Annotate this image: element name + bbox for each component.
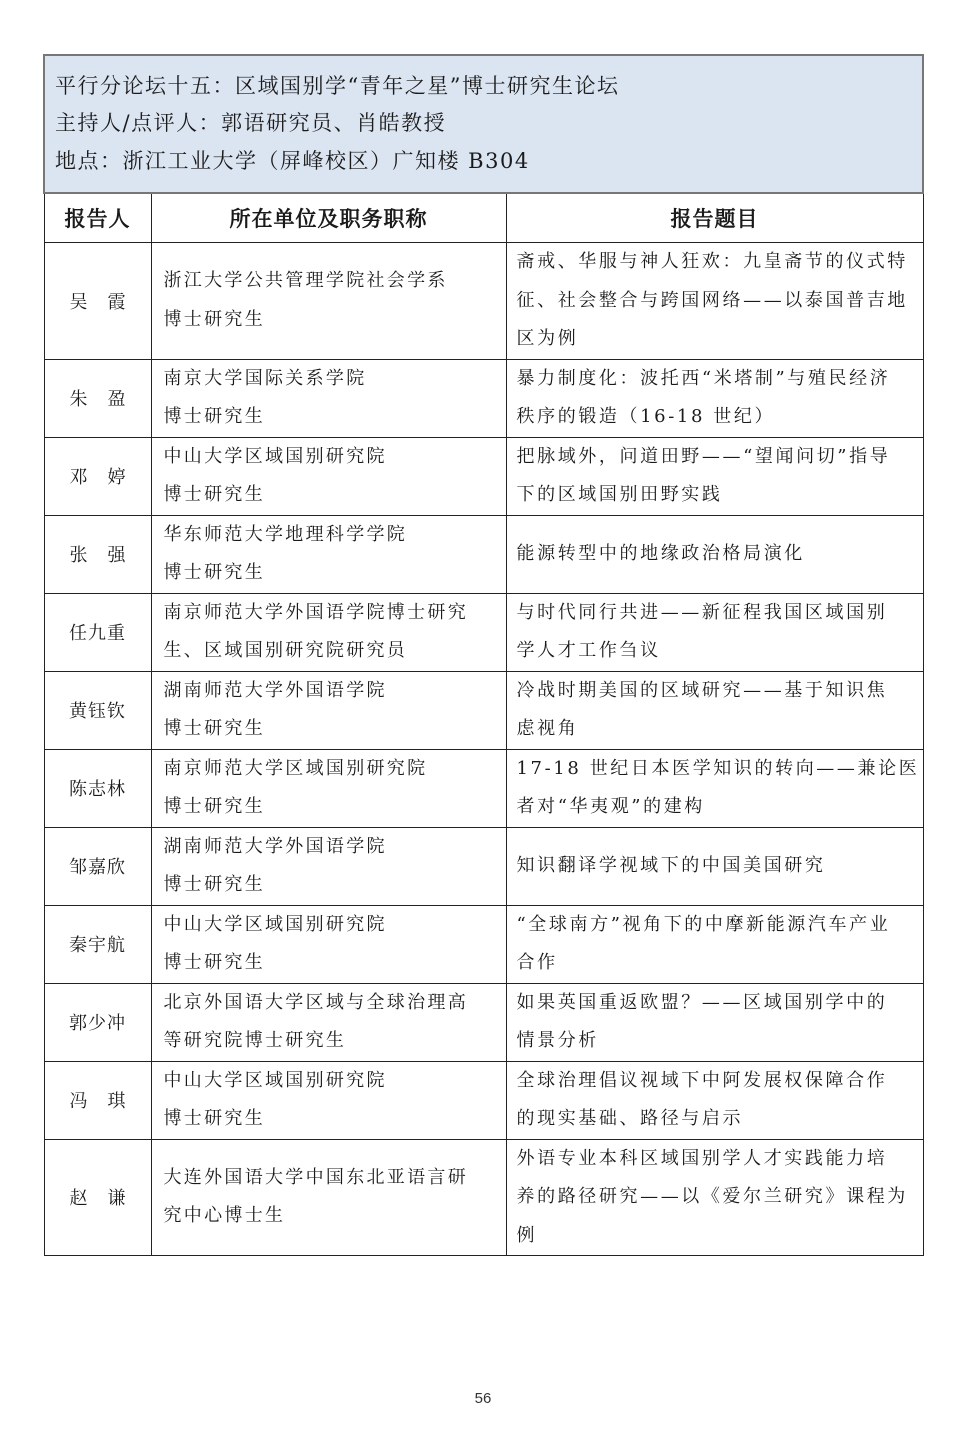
affiliation-line: 中山大学区域国别研究院 <box>164 906 496 945</box>
session-location: 地点：浙江工业大学（屏峰校区）广知楼 B304 <box>55 143 912 181</box>
affiliation-line: 博士研究生 <box>164 1100 496 1139</box>
header-speaker: 报告人 <box>44 193 151 243</box>
speaker-name: 吴霞 <box>44 243 151 360</box>
speaker-affiliation: 北京外国语大学区域与全球治理高等研究院博士研究生 <box>151 983 506 1061</box>
topic-line: 把脉域外，问道田野——“望闻问切”指导 <box>517 438 913 477</box>
speaker-affiliation: 南京师范大学外国语学院博士研究生、区域国别研究院研究员 <box>151 593 506 671</box>
table-row: 秦宇航中山大学区域国别研究院博士研究生“全球南方”视角下的中摩新能源汽车产业合作 <box>44 905 923 983</box>
speaker-affiliation: 华东师范大学地理科学学院博士研究生 <box>151 515 506 593</box>
affiliation-line: 浙江大学公共管理学院社会学系 <box>164 262 496 301</box>
topic-line: 养的路径研究——以《爱尔兰研究》课程为 <box>517 1178 913 1217</box>
topic-line: 的现实基础、路径与启示 <box>517 1100 913 1139</box>
speaker-name: 张强 <box>44 515 151 593</box>
topic-line: 秩序的锻造（16-18 世纪） <box>517 398 913 437</box>
topic-line: 如果英国重返欧盟？——区域国别学中的 <box>517 984 913 1023</box>
header-topic: 报告题目 <box>506 193 923 243</box>
affiliation-line: 博士研究生 <box>164 476 496 515</box>
report-topic: 暴力制度化：波托西“米塔制”与殖民经济秩序的锻造（16-18 世纪） <box>506 359 923 437</box>
report-topic: 如果英国重返欧盟？——区域国别学中的情景分析 <box>506 983 923 1061</box>
topic-line: 与时代同行共进——新征程我国区域国别 <box>517 594 913 633</box>
report-topic: 知识翻译学视域下的中国美国研究 <box>506 827 923 905</box>
topic-line: 暴力制度化：波托西“米塔制”与殖民经济 <box>517 360 913 399</box>
table-row: 朱盈南京大学国际关系学院博士研究生暴力制度化：波托西“米塔制”与殖民经济秩序的锻… <box>44 359 923 437</box>
speaker-affiliation: 湖南师范大学外国语学院博士研究生 <box>151 671 506 749</box>
table-row: 邓婷中山大学区域国别研究院博士研究生把脉域外，问道田野——“望闻问切”指导下的区… <box>44 437 923 515</box>
report-topic: 外语专业本科区域国别学人才实践能力培养的路径研究——以《爱尔兰研究》课程为例 <box>506 1139 923 1256</box>
topic-line: 能源转型中的地缘政治格局演化 <box>517 535 913 574</box>
report-topic: 能源转型中的地缘政治格局演化 <box>506 515 923 593</box>
affiliation-line: 博士研究生 <box>164 944 496 983</box>
affiliation-line: 生、区域国别研究院研究员 <box>164 632 496 671</box>
speaker-affiliation: 南京大学国际关系学院博士研究生 <box>151 359 506 437</box>
speaker-name: 邹嘉欣 <box>44 827 151 905</box>
table-row: 陈志林南京师范大学区域国别研究院博士研究生17-18 世纪日本医学知识的转向——… <box>44 749 923 827</box>
topic-line: 情景分析 <box>517 1022 913 1061</box>
topic-line: 例 <box>517 1217 913 1256</box>
table-row: 赵谦大连外国语大学中国东北亚语言研究中心博士生外语专业本科区域国别学人才实践能力… <box>44 1139 923 1256</box>
table-row: 黄钰钦湖南师范大学外国语学院博士研究生冷战时期美国的区域研究——基于知识焦虑视角 <box>44 671 923 749</box>
affiliation-line: 博士研究生 <box>164 398 496 437</box>
affiliation-line: 北京外国语大学区域与全球治理高 <box>164 984 496 1023</box>
affiliation-line: 博士研究生 <box>164 788 496 827</box>
report-topic: 斋戒、华服与神人狂欢：九皇斋节的仪式特征、社会整合与跨国网络——以泰国普吉地区为… <box>506 243 923 360</box>
table-header-row: 报告人 所在单位及职务职称 报告题目 <box>44 193 923 243</box>
topic-line: 全球治理倡议视域下中阿发展权保障合作 <box>517 1062 913 1101</box>
report-topic: 冷战时期美国的区域研究——基于知识焦虑视角 <box>506 671 923 749</box>
report-topic: 把脉域外，问道田野——“望闻问切”指导下的区域国别田野实践 <box>506 437 923 515</box>
affiliation-line: 究中心博士生 <box>164 1197 496 1236</box>
table-row: 冯琪中山大学区域国别研究院博士研究生全球治理倡议视域下中阿发展权保障合作的现实基… <box>44 1061 923 1139</box>
report-topic: 与时代同行共进——新征程我国区域国别学人才工作刍议 <box>506 593 923 671</box>
table-row: 吴霞浙江大学公共管理学院社会学系博士研究生斋戒、华服与神人狂欢：九皇斋节的仪式特… <box>44 243 923 360</box>
table-row: 任九重南京师范大学外国语学院博士研究生、区域国别研究院研究员与时代同行共进——新… <box>44 593 923 671</box>
topic-line: 斋戒、华服与神人狂欢：九皇斋节的仪式特 <box>517 243 913 282</box>
topic-line: 征、社会整合与跨国网络——以泰国普吉地 <box>517 282 913 321</box>
affiliation-line: 中山大学区域国别研究院 <box>164 1062 496 1101</box>
topic-line: 合作 <box>517 944 913 983</box>
affiliation-line: 大连外国语大学中国东北亚语言研 <box>164 1159 496 1198</box>
topic-line: “全球南方”视角下的中摩新能源汽车产业 <box>517 906 913 945</box>
report-topic: 全球治理倡议视域下中阿发展权保障合作的现实基础、路径与启示 <box>506 1061 923 1139</box>
speaker-name: 赵谦 <box>44 1139 151 1256</box>
session-hosts: 主持人/点评人：郭语研究员、肖皓教授 <box>55 105 912 143</box>
affiliation-line: 南京师范大学区域国别研究院 <box>164 750 496 789</box>
speaker-name: 陈志林 <box>44 749 151 827</box>
session-title: 平行分论坛十五：区域国别学“青年之星”博士研究生论坛 <box>55 68 912 106</box>
speaker-name: 朱盈 <box>44 359 151 437</box>
topic-line: 外语专业本科区域国别学人才实践能力培 <box>517 1140 913 1179</box>
speaker-name: 邓婷 <box>44 437 151 515</box>
affiliation-line: 博士研究生 <box>164 554 496 593</box>
session-info: 平行分论坛十五：区域国别学“青年之星”博士研究生论坛 主持人/点评人：郭语研究员… <box>44 55 923 193</box>
speaker-affiliation: 浙江大学公共管理学院社会学系博士研究生 <box>151 243 506 360</box>
speaker-name: 冯琪 <box>44 1061 151 1139</box>
speaker-affiliation: 中山大学区域国别研究院博士研究生 <box>151 905 506 983</box>
speaker-name: 秦宇航 <box>44 905 151 983</box>
topic-line: 者对“华夷观”的建构 <box>517 788 913 827</box>
speaker-affiliation: 中山大学区域国别研究院博士研究生 <box>151 437 506 515</box>
affiliation-line: 博士研究生 <box>164 301 496 340</box>
forum-schedule-table: 平行分论坛十五：区域国别学“青年之星”博士研究生论坛 主持人/点评人：郭语研究员… <box>43 54 924 1256</box>
affiliation-line: 华东师范大学地理科学学院 <box>164 516 496 555</box>
page-number: 56 <box>0 1390 966 1407</box>
speaker-name: 任九重 <box>44 593 151 671</box>
affiliation-line: 博士研究生 <box>164 710 496 749</box>
speaker-affiliation: 中山大学区域国别研究院博士研究生 <box>151 1061 506 1139</box>
topic-line: 知识翻译学视域下的中国美国研究 <box>517 847 913 886</box>
affiliation-line: 南京大学国际关系学院 <box>164 360 496 399</box>
affiliation-line: 等研究院博士研究生 <box>164 1022 496 1061</box>
affiliation-line: 湖南师范大学外国语学院 <box>164 672 496 711</box>
speaker-affiliation: 南京师范大学区域国别研究院博士研究生 <box>151 749 506 827</box>
speaker-name: 黄钰钦 <box>44 671 151 749</box>
topic-line: 冷战时期美国的区域研究——基于知识焦 <box>517 672 913 711</box>
report-topic: “全球南方”视角下的中摩新能源汽车产业合作 <box>506 905 923 983</box>
table-row: 邹嘉欣湖南师范大学外国语学院博士研究生知识翻译学视域下的中国美国研究 <box>44 827 923 905</box>
topic-line: 17-18 世纪日本医学知识的转向——兼论医 <box>517 750 913 789</box>
affiliation-line: 博士研究生 <box>164 866 496 905</box>
topic-line: 虑视角 <box>517 710 913 749</box>
topic-line: 学人才工作刍议 <box>517 632 913 671</box>
table-row: 郭少冲北京外国语大学区域与全球治理高等研究院博士研究生如果英国重返欧盟？——区域… <box>44 983 923 1061</box>
speaker-affiliation: 大连外国语大学中国东北亚语言研究中心博士生 <box>151 1139 506 1256</box>
affiliation-line: 湖南师范大学外国语学院 <box>164 828 496 867</box>
header-affiliation: 所在单位及职务职称 <box>151 193 506 243</box>
speaker-affiliation: 湖南师范大学外国语学院博士研究生 <box>151 827 506 905</box>
topic-line: 下的区域国别田野实践 <box>517 476 913 515</box>
report-topic: 17-18 世纪日本医学知识的转向——兼论医者对“华夷观”的建构 <box>506 749 923 827</box>
topic-line: 区为例 <box>517 320 913 359</box>
table-row: 张强华东师范大学地理科学学院博士研究生能源转型中的地缘政治格局演化 <box>44 515 923 593</box>
affiliation-line: 中山大学区域国别研究院 <box>164 438 496 477</box>
speaker-name: 郭少冲 <box>44 983 151 1061</box>
affiliation-line: 南京师范大学外国语学院博士研究 <box>164 594 496 633</box>
